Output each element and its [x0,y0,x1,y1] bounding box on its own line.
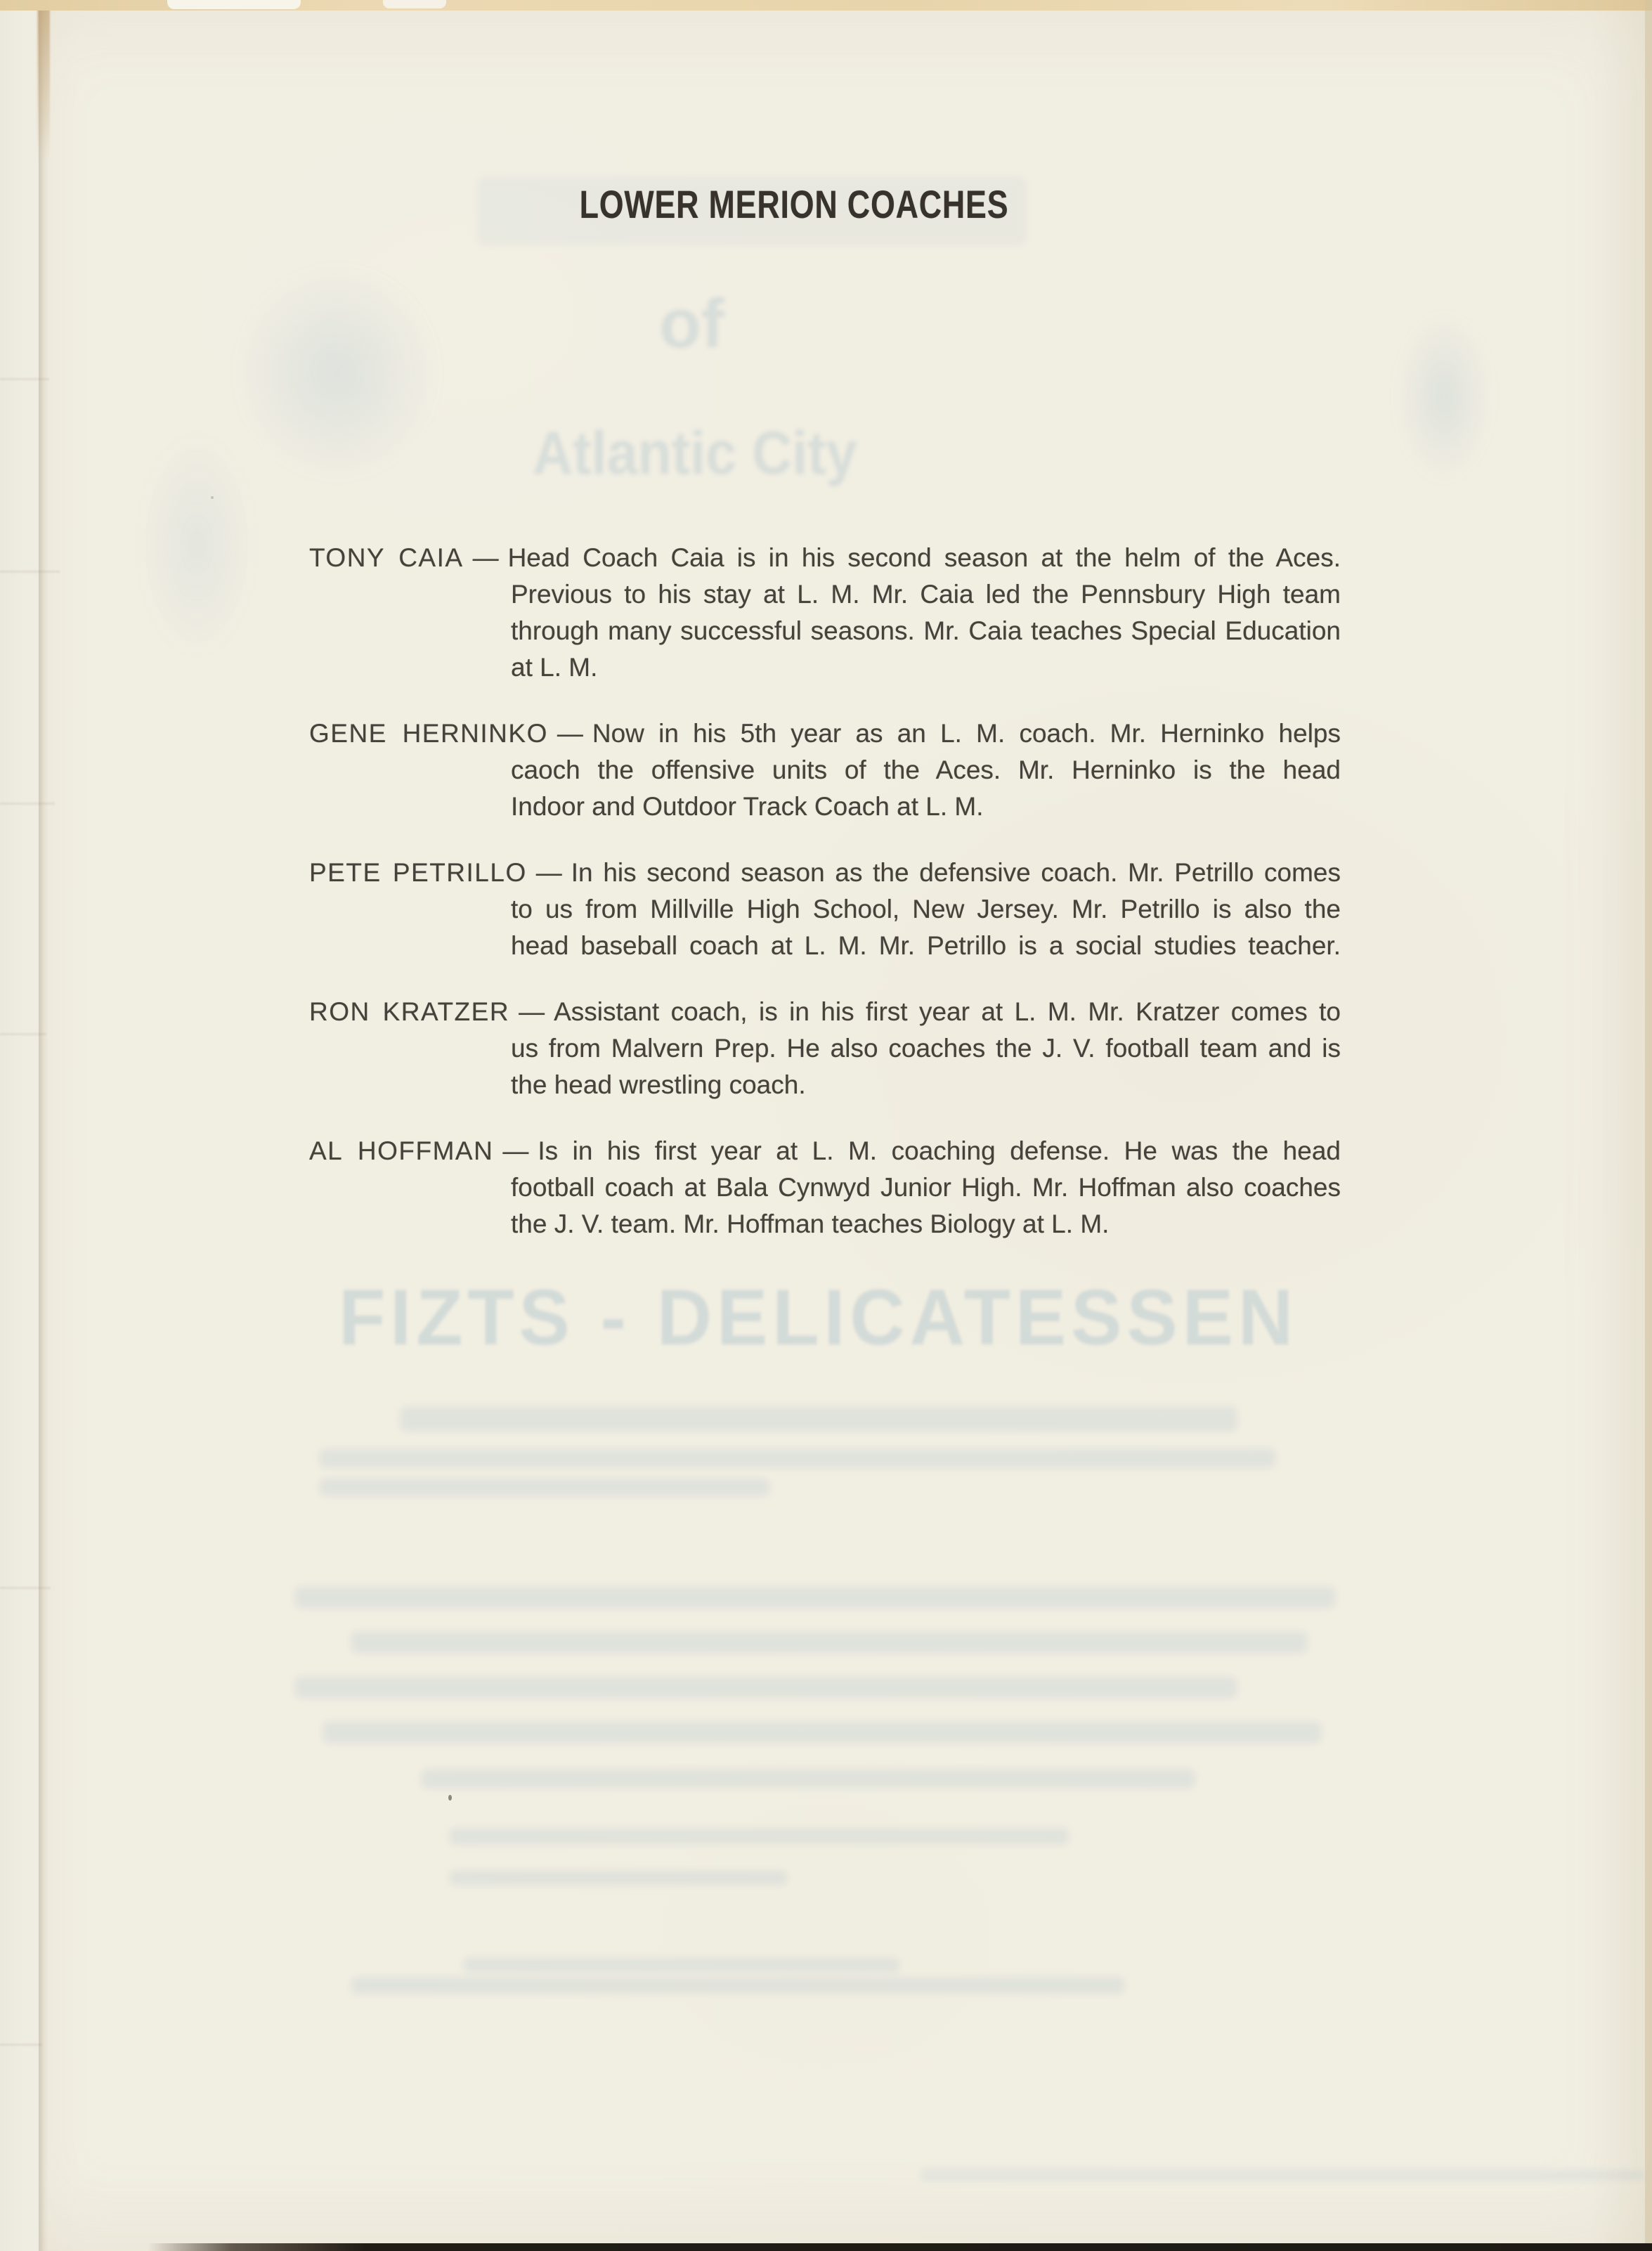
page-fold-crease-top [37,0,50,162]
scanner-bottom-edge [0,2243,1652,2251]
coach-name: TONY CAIA [309,543,464,572]
ghost-text-line [422,1770,1195,1788]
coach-entry-pete-petrillo: PETE PETRILLO—In his second season as th… [309,855,1341,964]
bio-text: Is in his first year at L. M. coaching d… [538,1136,1341,1165]
bio-text: Now in his 5th year as an L. M. coach. M… [592,719,1341,748]
crease-line [0,2044,42,2046]
bio-text: In his second season as the defensive co… [571,858,1341,887]
bio-line: through many successful seasons. Mr. Cai… [309,613,1341,649]
bio-line: the head wrestling coach. [309,1067,1341,1103]
coach-entry-ron-kratzer: RON KRATZER—Assistant coach, is in his f… [309,994,1341,1103]
bio-line: Previous to his stay at L. M. Mr. Caia l… [309,576,1341,613]
bio-line: caoch the offensive units of the Aces. M… [309,752,1341,789]
paper-speck [448,1795,452,1801]
page-right-edge [1645,0,1652,2251]
ghost-text-line [401,1407,1237,1431]
bio-line: RON KRATZER—Assistant coach, is in his f… [309,994,1341,1030]
ghost-text-line [320,1449,1275,1467]
ghost-text-line [351,1978,1124,1993]
coach-name: AL HOFFMAN [309,1136,493,1165]
page-top-edge-highlight [167,0,301,9]
bio-line: GENE HERNINKO—Now in his 5th year as an … [309,715,1341,752]
bio-line: at L. M. [309,649,1341,686]
bio-line: TONY CAIA—Head Coach Caia is in his seco… [309,540,1341,576]
ghost-delicatessen-headline: FIZTS - DELICATESSEN [339,1272,1298,1363]
ghost-text-line [351,1632,1307,1653]
ghost-text-line [464,1958,899,1972]
dash-separator: — [557,719,583,748]
coach-entry-tony-caia: TONY CAIA—Head Coach Caia is in his seco… [309,540,1341,686]
coach-name: GENE HERNINKO [309,719,548,748]
coach-name: PETE PETRILLO [309,858,527,887]
bio-text: Assistant coach, is in his first year at… [554,997,1341,1026]
bio-line: head baseball coach at L. M. Mr. Petrill… [309,928,1341,964]
ghost-text-line [320,1479,769,1496]
coach-entry-gene-herninko: GENE HERNINKO—Now in his 5th year as an … [309,715,1341,825]
dash-separator: — [536,858,562,887]
bio-line: us from Malvern Prep. He also coaches th… [309,1030,1341,1067]
ghost-photo-right [1384,288,1504,506]
ghost-word-of: of [659,284,724,363]
coach-entry-al-hoffman: AL HOFFMAN—Is in his first year at L. M.… [309,1133,1341,1243]
ghost-photo-left-lower [119,394,274,696]
bio-line: to us from Millville High School, New Je… [309,891,1341,928]
bio-line: the J. V. team. Mr. Hoffman teaches Biol… [309,1206,1341,1243]
bio-line: Indoor and Outdoor Track Coach at L. M. [309,789,1341,825]
page-top-edge-highlight [383,0,446,8]
bio-line: PETE PETRILLO—In his second season as th… [309,855,1341,891]
adjacent-page-edge [0,0,40,2251]
bio-text: Head Coach Caia is in his second season … [508,543,1341,572]
ghost-text-line [450,1871,787,1885]
page-fold-crease [39,0,48,2251]
scanned-program-page: of Atlantic City FIZTS - DELICATESSEN LO… [0,0,1652,2251]
ghost-text-line [295,1587,1335,1608]
dash-separator: — [519,997,545,1026]
ghost-photo-left [204,232,471,513]
paper-speck [211,496,214,499]
crease-line [0,571,60,573]
ghost-atlantic-city: Atlantic City [533,419,857,488]
page-title: LOWER MERION COACHES [401,181,1188,227]
ghost-text-line [921,2170,1644,2180]
dash-separator: — [473,543,499,572]
ghost-text-line [295,1677,1237,1698]
coach-bios: TONY CAIA—Head Coach Caia is in his seco… [309,540,1341,1272]
dash-separator: — [502,1136,528,1165]
ghost-text-line [323,1722,1321,1743]
ghost-text-line [450,1829,1068,1844]
coach-name: RON KRATZER [309,997,509,1026]
bio-line: AL HOFFMAN—Is in his first year at L. M.… [309,1133,1341,1169]
bio-line: football coach at Bala Cynwyd Junior Hig… [309,1169,1341,1206]
